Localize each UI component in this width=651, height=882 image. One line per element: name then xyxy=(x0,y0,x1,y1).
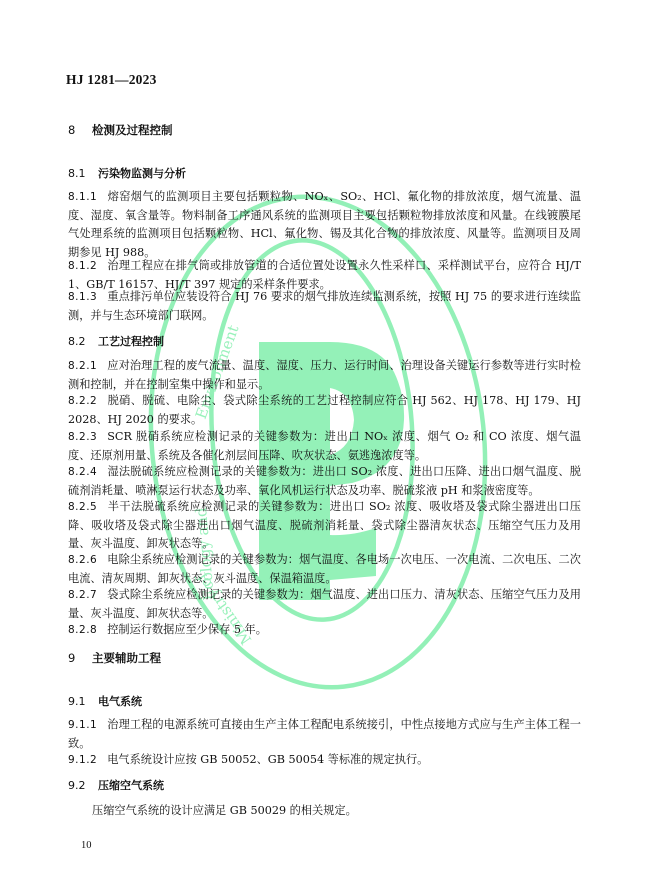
clause-text: 袋式除尘系统应检测记录的关键参数为：烟气温度、进出口压力、清灰状态、压缩空气压力… xyxy=(68,588,581,620)
clause-number: 9.1.2 xyxy=(68,754,97,766)
section-title: 污染物监测与分析 xyxy=(98,167,186,180)
clause-number: 8.2.3 xyxy=(68,431,97,443)
clause-text: 重点排污单位应装设符合 HJ 76 要求的烟气排放连续监测系统，按照 HJ 75… xyxy=(68,290,581,322)
section-title: 检测及过程控制 xyxy=(92,123,173,137)
clause-text: 电除尘系统应检测记录的关键参数为：烟气温度、各电场一次电压、一次电流、二次电压、… xyxy=(68,553,581,585)
clause-number: 8.2.7 xyxy=(68,589,97,601)
clause-8-2-3: 8.2.3SCR 脱硝系统应检测记录的关键参数为：进出口 NOₓ 浓度、烟气 O… xyxy=(68,428,581,465)
clause-text: 控制运行数据应至少保存 5 年。 xyxy=(107,623,267,636)
clause-text: 熔窑烟气的监测项目主要包括颗粒物、NOₓ、SO₂、HCl、氟化物的排放浓度，烟气… xyxy=(68,190,581,259)
clause-text: 应对治理工程的废气流量、温度、湿度、压力、运行时间、治理设备关键运行参数等进行实… xyxy=(68,359,581,391)
section-number: 8.2 xyxy=(68,335,98,348)
clause-9-1-1: 9.1.1治理工程的电源系统可直接由生产主体工程配电系统接引，中性点接地方式应与… xyxy=(68,716,581,753)
clause-text: 半干法脱硫系统应检测记录的关键参数为：进出口 SO₂ 浓度、吸收塔及袋式除尘器进… xyxy=(68,500,581,550)
section-heading-8: 8检测及过程控制 xyxy=(68,122,173,138)
section-heading-9-1: 9.1电气系统 xyxy=(68,693,142,709)
clause-8-2-8: 8.2.8控制运行数据应至少保存 5 年。 xyxy=(68,621,581,640)
standard-code: HJ 1281—2023 xyxy=(66,72,157,88)
section-title: 工艺过程控制 xyxy=(98,335,164,348)
section-number: 9.1 xyxy=(68,695,98,708)
section-heading-9: 9主要辅助工程 xyxy=(68,650,161,666)
clause-text: 电气系统设计应按 GB 50052、GB 50054 等标准的规定执行。 xyxy=(107,753,428,766)
clause-number: 8.2.5 xyxy=(68,501,97,513)
clause-8-2-7: 8.2.7袋式除尘系统应检测记录的关键参数为：烟气温度、进出口压力、清灰状态、压… xyxy=(68,586,581,623)
section-heading-8-1: 8.1污染物监测与分析 xyxy=(68,165,186,181)
section-heading-8-2: 8.2工艺过程控制 xyxy=(68,333,164,349)
clause-number: 8.1.3 xyxy=(68,291,97,303)
section-title: 压缩空气系统 xyxy=(98,779,164,792)
clause-9-2-text: 压缩空气系统的设计应满足 GB 50029 的相关规定。 xyxy=(92,802,357,818)
clause-number: 8.1.2 xyxy=(68,260,97,272)
section-heading-9-2: 9.2压缩空气系统 xyxy=(68,777,164,793)
page-number: 10 xyxy=(81,840,92,851)
clause-number: 8.1.1 xyxy=(68,191,97,203)
clause-text: 治理工程应在排气筒或排放管道的合适位置处设置永久性采样口、采样测试平台，应符合 … xyxy=(68,259,581,291)
section-title: 电气系统 xyxy=(98,695,142,708)
clause-8-1-3: 8.1.3重点排污单位应装设符合 HJ 76 要求的烟气排放连续监测系统，按照 … xyxy=(68,288,581,325)
clause-8-1-1: 8.1.1熔窑烟气的监测项目主要包括颗粒物、NOₓ、SO₂、HCl、氟化物的排放… xyxy=(68,188,581,262)
clause-8-2-1: 8.2.1应对治理工程的废气流量、温度、湿度、压力、运行时间、治理设备关键运行参… xyxy=(68,357,581,394)
clause-8-2-5: 8.2.5半干法脱硫系统应检测记录的关键参数为：进出口 SO₂ 浓度、吸收塔及袋… xyxy=(68,498,581,554)
document-page: Environment Ecology and Ministry of HJ 1… xyxy=(0,0,651,882)
clause-number: 9.1.1 xyxy=(68,719,97,731)
clause-number: 8.2.1 xyxy=(68,360,97,372)
clause-number: 8.2.2 xyxy=(68,395,97,407)
section-title: 主要辅助工程 xyxy=(92,651,161,665)
clause-8-2-2: 8.2.2脱硝、脱硫、电除尘、袋式除尘系统的工艺过程控制应符合 HJ 562、H… xyxy=(68,392,581,429)
clause-number: 8.2.8 xyxy=(68,624,97,636)
clause-text: 湿法脱硫系统应检测记录的关键参数为：进出口 SO₂ 浓度、进出口压降、进出口烟气… xyxy=(68,465,581,497)
section-number: 9.2 xyxy=(68,779,98,792)
section-number: 8.1 xyxy=(68,167,98,180)
document-content: HJ 1281—2023 8检测及过程控制 8.1污染物监测与分析 8.1.1熔… xyxy=(0,0,651,882)
clause-number: 8.2.4 xyxy=(68,466,97,478)
clause-number: 8.2.6 xyxy=(68,554,97,566)
section-number: 8 xyxy=(68,123,92,137)
clause-text: SCR 脱硝系统应检测记录的关键参数为：进出口 NOₓ 浓度、烟气 O₂ 和 C… xyxy=(68,430,581,462)
section-number: 9 xyxy=(68,651,92,665)
clause-text: 治理工程的电源系统可直接由生产主体工程配电系统接引，中性点接地方式应与生产主体工… xyxy=(68,718,581,750)
clause-8-2-6: 8.2.6电除尘系统应检测记录的关键参数为：烟气温度、各电场一次电压、一次电流、… xyxy=(68,551,581,588)
clause-text: 脱硝、脱硫、电除尘、袋式除尘系统的工艺过程控制应符合 HJ 562、HJ 178… xyxy=(68,394,581,426)
clause-8-2-4: 8.2.4湿法脱硫系统应检测记录的关键参数为：进出口 SO₂ 浓度、进出口压降、… xyxy=(68,463,581,500)
clause-9-1-2: 9.1.2电气系统设计应按 GB 50052、GB 50054 等标准的规定执行… xyxy=(68,751,581,770)
